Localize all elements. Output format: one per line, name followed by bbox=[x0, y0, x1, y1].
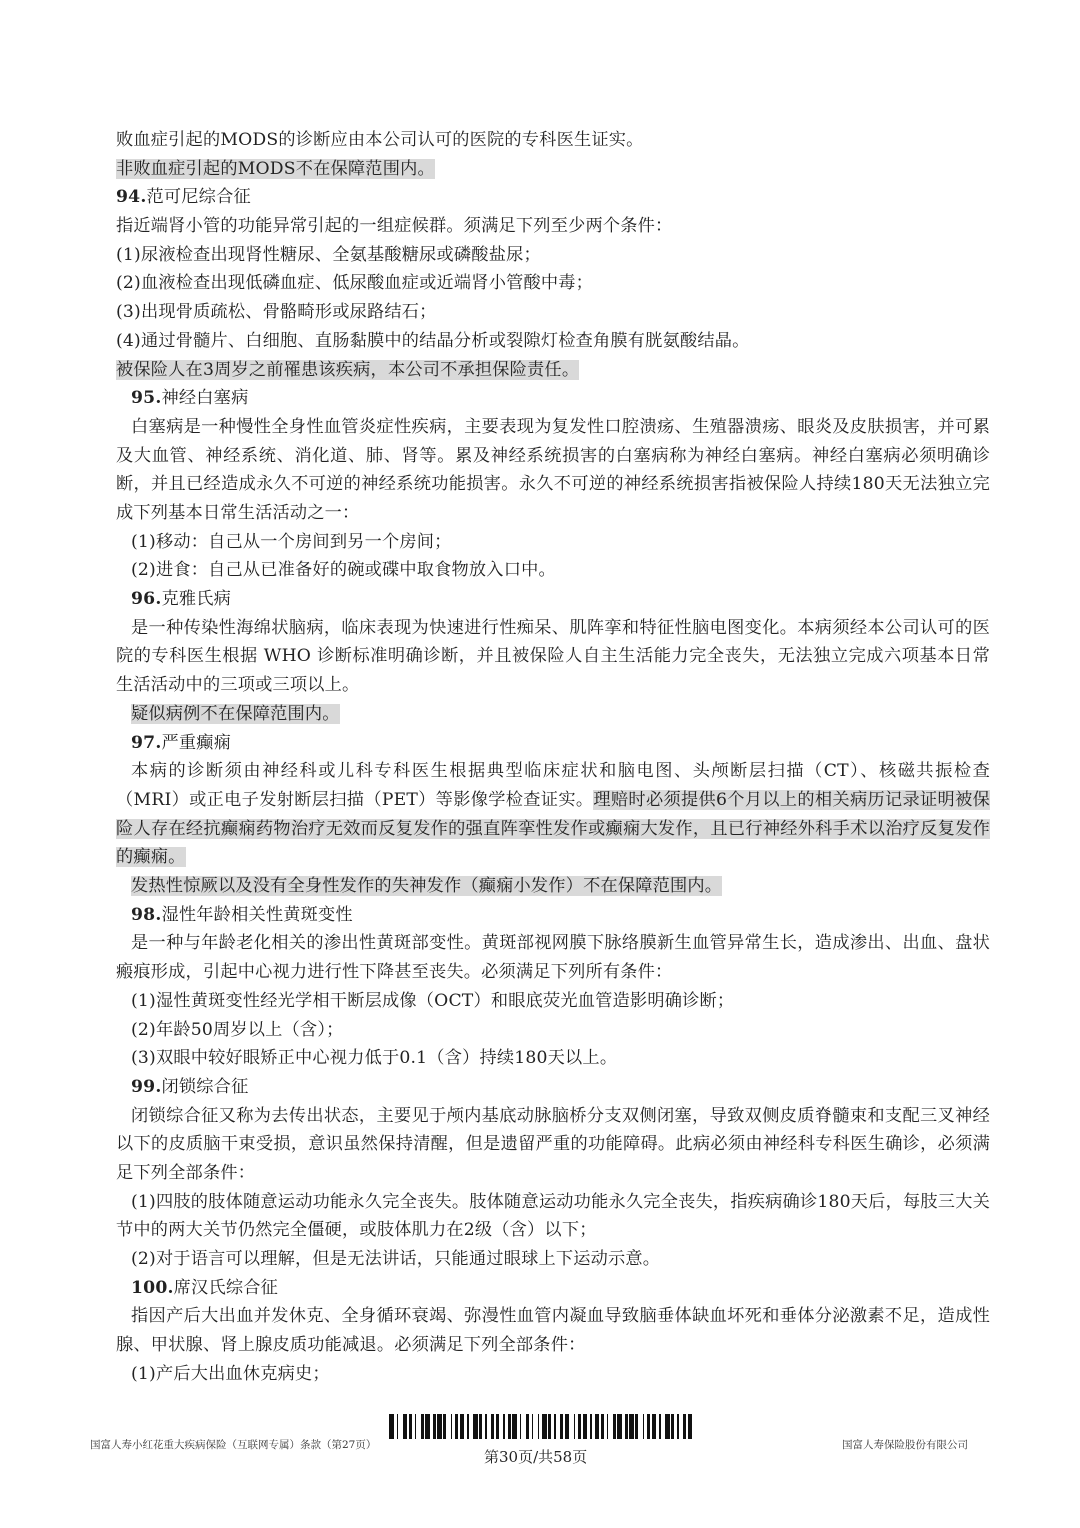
section-heading-94: 94.范可尼综合征 bbox=[116, 183, 990, 212]
list-item: (2)年龄50周岁以上（含）； bbox=[116, 1016, 990, 1045]
list-item: (2)进食：自己从已准备好的碗或碟中取食物放入口中。 bbox=[116, 556, 990, 585]
section-heading-99: 99.闭锁综合征 bbox=[116, 1073, 990, 1102]
section-heading-97: 97.严重癫痫 bbox=[116, 729, 990, 758]
list-item: (1)产后大出血休克病史； bbox=[116, 1360, 990, 1389]
section-heading-100: 100.席汉氏综合征 bbox=[116, 1274, 990, 1303]
list-item: (2)对于语言可以理解，但是无法讲话，只能通过眼球上下运动示意。 bbox=[116, 1245, 990, 1274]
paragraph-continuation: 败血症引起的MODS的诊断应由本公司认可的医院的专科医生证实。 bbox=[116, 126, 990, 155]
list-item: (1)四肢的肢体随意运动功能永久完全丧失。肢体随意运动功能永久完全丧失，指疾病确… bbox=[116, 1188, 990, 1245]
paragraph: 闭锁综合征又称为去传出状态，主要见于颅内基底动脉脑桥分支双侧闭塞，导致双侧皮质脊… bbox=[116, 1102, 990, 1188]
paragraph: 本病的诊断须由神经科或儿科专科医生根据典型临床症状和脑电图、头颅断层扫描（CT）… bbox=[116, 757, 990, 872]
section-heading-98: 98.湿性年龄相关性黄斑变性 bbox=[116, 901, 990, 930]
page-number: 第30页/共58页 bbox=[484, 1446, 587, 1467]
document-page: 败血症引起的MODS的诊断应由本公司认可的医院的专科医生证实。 非败血症引起的M… bbox=[116, 126, 990, 1389]
list-item: (1)尿液检查出现肾性糖尿、全氨基酸糖尿或磷酸盐尿； bbox=[116, 241, 990, 270]
paragraph: 白塞病是一种慢性全身性血管炎症性疾病，主要表现为复发性口腔溃疡、生殖器溃疡、眼炎… bbox=[116, 413, 990, 528]
paragraph: 是一种与年龄老化相关的渗出性黄斑部变性。黄斑部视网膜下脉络膜新生血管异常生长，造… bbox=[116, 929, 990, 986]
footer-company-name: 国富人寿保险股份有限公司 bbox=[842, 1437, 968, 1452]
barcode bbox=[389, 1414, 697, 1439]
exclusion-note: 疑似病例不在保障范围内。 bbox=[131, 704, 340, 724]
exclusion-note: 非败血症引起的MODS不在保障范围内。 bbox=[116, 159, 435, 179]
list-item: (4)通过骨髓片、白细胞、直肠黏膜中的结晶分析或裂隙灯检查角膜有胱氨酸结晶。 bbox=[116, 327, 990, 356]
paragraph: 是一种传染性海绵状脑病，临床表现为快速进行性痴呆、肌阵挛和特征性脑电图变化。本病… bbox=[116, 614, 990, 700]
paragraph: 指因产后大出血并发休克、全身循环衰竭、弥漫性血管内凝血导致脑垂体缺血坏死和垂体分… bbox=[116, 1302, 990, 1359]
paragraph: 指近端肾小管的功能异常引起的一组症候群。须满足下列至少两个条件： bbox=[116, 212, 990, 241]
list-item: (3)双眼中较好眼矫正中心视力低于0.1（含）持续180天以上。 bbox=[116, 1044, 990, 1073]
exclusion-note: 被保险人在3周岁之前罹患该疾病，本公司不承担保险责任。 bbox=[116, 360, 579, 380]
list-item: (1)移动：自己从一个房间到另一个房间； bbox=[116, 528, 990, 557]
list-item: (3)出现骨质疏松、骨骼畸形或尿路结石； bbox=[116, 298, 990, 327]
list-item: (2)血液检查出现低磷血症、低尿酸血症或近端肾小管酸中毒； bbox=[116, 269, 990, 298]
section-heading-96: 96.克雅氏病 bbox=[116, 585, 990, 614]
section-heading-95: 95.神经白塞病 bbox=[116, 384, 990, 413]
list-item: (1)湿性黄斑变性经光学相干断层成像（OCT）和眼底荧光血管造影明确诊断； bbox=[116, 987, 990, 1016]
footer-product-title: 国富人寿小红花重大疾病保险（互联网专属）条款（第27页） bbox=[90, 1437, 376, 1452]
exclusion-note: 发热性惊厥以及没有全身性发作的失神发作（癫痫小发作）不在保障范围内。 bbox=[131, 876, 722, 896]
